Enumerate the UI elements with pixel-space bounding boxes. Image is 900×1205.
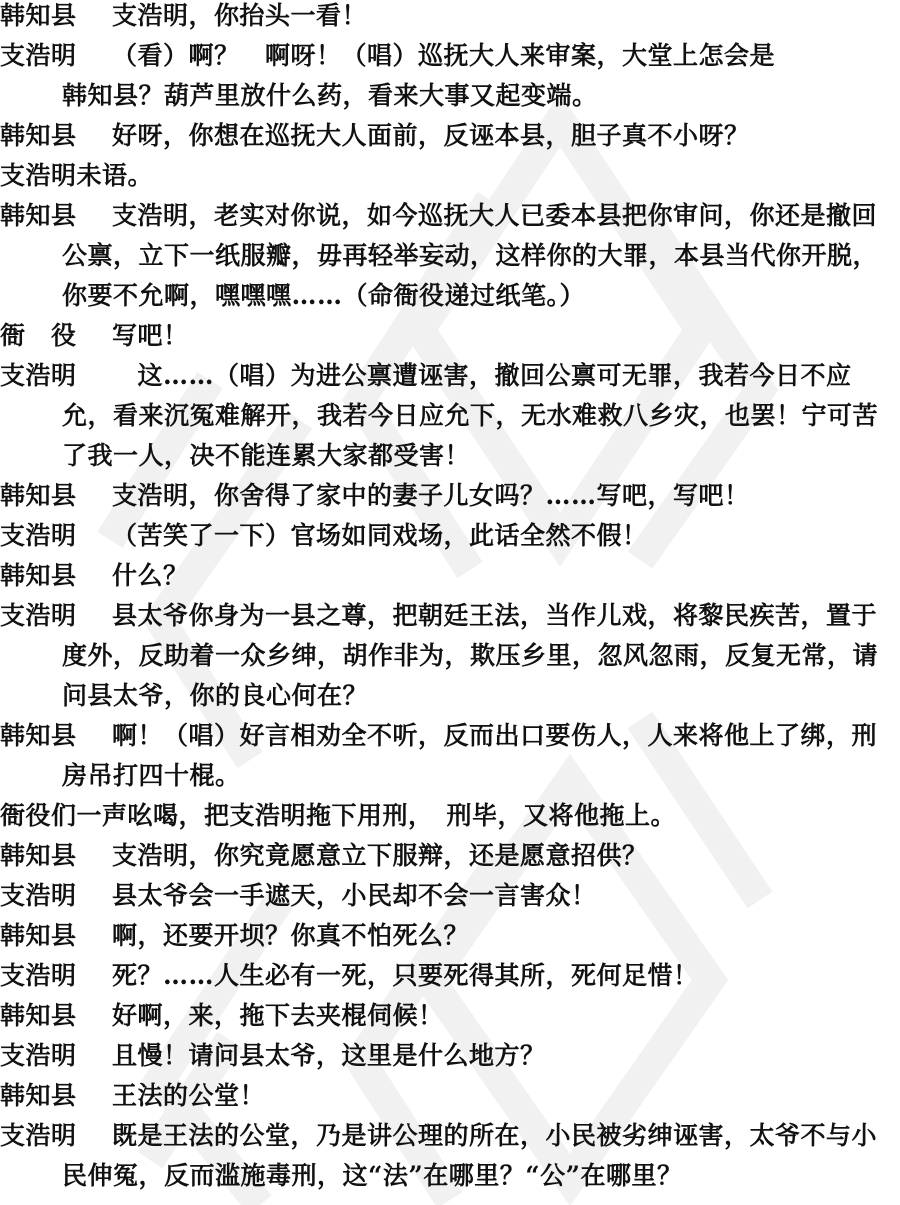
speaker-name: 支浩明	[0, 596, 112, 636]
dialogue-line: 韩知县好啊，来，拖下去夹棍伺候！	[0, 996, 900, 1036]
dialogue-line: 支浩明且慢！请问县太爷，这里是什么地方？	[0, 1036, 900, 1076]
dialogue-text: （看）啊？ 啊呀！（唱）巡抚大人来审案，大堂上怎会是	[112, 41, 775, 70]
speaker-name: 韩知县	[0, 116, 112, 156]
dialogue-text: 支浩明，老实对你说，如今巡抚大人已委本县把你审问，你还是撤回公禀，立下一纸服瓣，…	[62, 201, 878, 310]
play-script: 韩知县支浩明，你抬头一看！ 支浩明（看）啊？ 啊呀！（唱）巡抚大人来审案，大堂上…	[0, 0, 900, 1196]
speaker-name: 韩知县	[0, 196, 112, 236]
dialogue-text: 啊！（唱）好言相劝全不听，反而出口要伤人，人来将他上了绑，刑房吊打四十棍。	[62, 721, 877, 790]
dialogue-text: 死？……人生必有一死，只要死得其所，死何足惜！	[112, 961, 699, 990]
speaker-name: 韩知县	[0, 916, 112, 956]
speaker-name: 支浩明	[0, 1116, 112, 1156]
dialogue-text: 好啊，来，拖下去夹棍伺候！	[112, 1001, 444, 1030]
dialogue-text: 好呀，你想在巡抚大人面前，反诬本县，胆子真不小呀？	[112, 121, 750, 150]
dialogue-line: 支浩明（看）啊？ 啊呀！（唱）巡抚大人来审案，大堂上怎会是	[0, 36, 900, 76]
dialogue-line: 韩知县支浩明，老实对你说，如今巡抚大人已委本县把你审问，你还是撤回公禀，立下一纸…	[0, 196, 900, 316]
dialogue-line: 韩知县支浩明，你舍得了家中的妻子儿女吗？……写吧，写吧！	[0, 476, 900, 516]
stage-direction: 衙役们一声吆喝，把支浩明拖下用刑， 刑毕，又将他拖上。	[0, 796, 900, 836]
dialogue-text: 县太爷你身为一县之尊，把朝廷王法，当作儿戏，将黎民疾苦，置于度外，反助着一众乡绅…	[62, 601, 878, 710]
speaker-name: 韩知县	[0, 836, 112, 876]
speaker-name: 支浩明	[0, 1036, 112, 1076]
speaker-name: 支浩明	[0, 876, 112, 916]
dialogue-text: 且慢！请问县太爷，这里是什么地方？	[112, 1041, 546, 1070]
dialogue-line: 韩知县什么？	[0, 556, 900, 596]
dialogue-line: 衙 役写吧！	[0, 316, 900, 356]
dialogue-line: 韩知县支浩明，你抬头一看！	[0, 0, 900, 36]
dialogue-text: 什么？	[112, 561, 189, 590]
speaker-name: 韩知县	[0, 556, 112, 596]
dialogue-text: 写吧！	[112, 321, 189, 350]
speaker-name: 韩知县	[0, 996, 112, 1036]
dialogue-text: 王法的公堂！	[112, 1081, 265, 1110]
speaker-name: 支浩明	[0, 956, 112, 996]
dialogue-line: 支浩明 这……（唱）为进公禀遭诬害，撤回公禀可无罪，我若今日不应允，看来沉冤难解…	[0, 356, 900, 476]
dialogue-text: 支浩明，你舍得了家中的妻子儿女吗？……写吧，写吧！	[112, 481, 750, 510]
dialogue-line: 支浩明（苦笑了一下）官场如同戏场，此话全然不假！	[0, 516, 900, 556]
dialogue-line: 支浩明县太爷会一手遮天，小民却不会一言害众！	[0, 876, 900, 916]
dialogue-text: （苦笑了一下）官场如同戏场，此话全然不假！	[112, 521, 648, 550]
stage-direction: 支浩明未语。	[0, 156, 900, 196]
dialogue-continuation: 韩知县？葫芦里放什么药，看来大事又起变端。	[0, 76, 900, 116]
dialogue-line: 韩知县啊！（唱）好言相劝全不听，反而出口要伤人，人来将他上了绑，刑房吊打四十棍。	[0, 716, 900, 796]
speaker-name: 韩知县	[0, 716, 112, 756]
dialogue-text: 啊，还要开坝？你真不怕死么？	[112, 921, 469, 950]
dialogue-line: 韩知县王法的公堂！	[0, 1076, 900, 1116]
speaker-name: 支浩明	[0, 36, 112, 76]
dialogue-text: 这……（唱）为进公禀遭诬害，撤回公禀可无罪，我若今日不应允，看来沉冤难解开，我若…	[62, 361, 878, 470]
speaker-name: 衙 役	[0, 316, 112, 356]
speaker-name: 支浩明	[0, 356, 112, 396]
speaker-name: 韩知县	[0, 0, 112, 36]
speaker-name: 韩知县	[0, 476, 112, 516]
speaker-name: 支浩明	[0, 516, 112, 556]
dialogue-text: 支浩明，你抬头一看！	[112, 1, 367, 30]
dialogue-text: 支浩明，你究竟愿意立下服辩，还是愿意招供？	[112, 841, 648, 870]
dialogue-line: 支浩明死？……人生必有一死，只要死得其所，死何足惜！	[0, 956, 900, 996]
dialogue-text: 县太爷会一手遮天，小民却不会一言害众！	[112, 881, 597, 910]
dialogue-line: 韩知县啊，还要开坝？你真不怕死么？	[0, 916, 900, 956]
dialogue-line: 韩知县好呀，你想在巡抚大人面前，反诬本县，胆子真不小呀？	[0, 116, 900, 156]
dialogue-line: 支浩明既是王法的公堂，乃是讲公理的所在，小民被劣绅诬害，太爷不与小民伸冤，反而滥…	[0, 1116, 900, 1196]
dialogue-line: 支浩明县太爷你身为一县之尊，把朝廷王法，当作儿戏，将黎民疾苦，置于度外，反助着一…	[0, 596, 900, 716]
dialogue-line: 韩知县支浩明，你究竟愿意立下服辩，还是愿意招供？	[0, 836, 900, 876]
speaker-name: 韩知县	[0, 1076, 112, 1116]
dialogue-text: 既是王法的公堂，乃是讲公理的所在，小民被劣绅诬害，太爷不与小民伸冤，反而滥施毒刑…	[62, 1121, 877, 1190]
